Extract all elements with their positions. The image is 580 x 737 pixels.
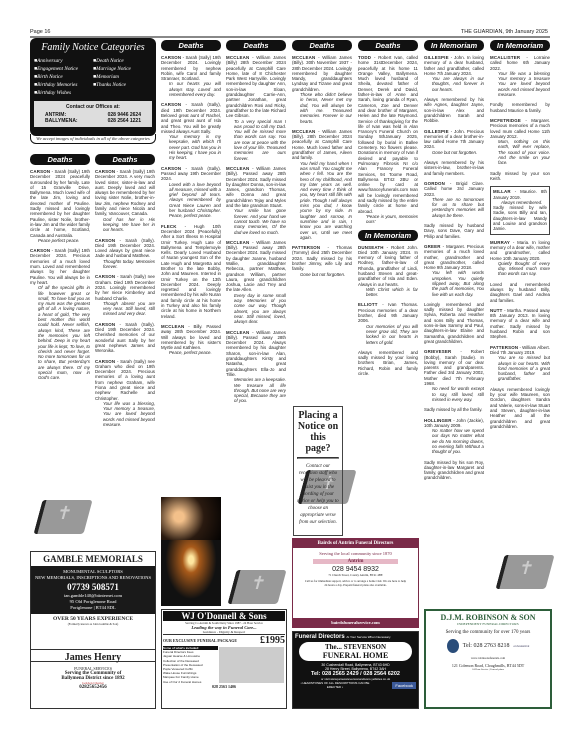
ad-body: Call us for immediate support, advice or… [293,577,418,589]
package-label: OUR EXCLUSIVE FUNERAL PACKAGE [163,638,237,643]
notice-verse: With Christ which is far better. [358,287,418,298]
notice-name: GILLESPIE [424,129,449,134]
notice: PATTERSON - Thomas (Tommy) died 25th Dec… [292,245,352,277]
notice-text: - Hugh 10th December 2024 (Peacefully) A… [161,224,221,319]
bairds-ad: Bairds of Antrim Funeral Directors Servi… [292,538,419,628]
notice-name: MCFETRIDGE [490,118,521,123]
included-list: Some of what's included:Funeral Director… [163,646,218,684]
stevenson-ad: Funeral Directors At Your Service When N… [292,631,419,709]
notice-name: CARSON [30,169,50,174]
ad-phone: 028 2563 1406 [163,684,285,689]
notice-text: - Sarah (Sally) 19th December 2024 peace… [30,169,90,238]
office-phone: 028 2564 1221 [108,118,141,124]
notice: CARSON - Sarah (Sally) 19th December 202… [161,55,221,97]
notice-verse: Though absent you are very near. Still l… [95,301,155,317]
notice: GILLESPIE - John. In loving memory of a … [424,55,484,92]
notice-name: GILLESPIE [424,55,449,60]
notice-text: Fondly remembered by husband Maurice & f… [490,102,550,112]
notice-name: CARSON [95,274,115,279]
notice-text: - Sarah (Sally). Died 19th December 2024… [95,322,155,353]
section-header: Deaths [161,40,221,51]
bible-icon [227,570,286,604]
notice-name: FLECK [161,224,177,229]
category-item: Thanks Notice [93,81,152,89]
ad-title: The... STEVENSON [300,643,411,651]
notice-text: Always remembered by his wife Agnes, dau… [424,97,484,123]
notice-name: GORDON [424,181,445,186]
notice: CARSON - Sarah (Sally), died 19th Decemb… [161,102,221,160]
notice: Loved and remembered always by husband B… [490,282,550,303]
column-2: DeathsCARSON - Sarah (Sally) 19th Decemb… [95,154,155,549]
ad-title: D.J.M. ROBINSON & SON [428,613,548,622]
bible-icon [33,500,92,534]
notice: CARSON - Sarah (Sally) 19th December 202… [95,169,155,233]
notice-verse: Your smile has gone forever. And your ha… [226,208,286,234]
notice-text: - William James (Billy). Passed away 28t… [226,166,286,208]
notice: MILLAR - Maurice. 8th January 2019.Alway… [490,186,550,234]
office-name: BALLYMENA: [45,118,78,124]
section-header: In Memoriam [358,230,418,241]
contact-title: Contact our Offices at: [37,104,149,110]
notice: CARSON - Sarah (Sally) nee Graham. Died … [95,274,155,316]
notice-verse: Your memory is my keepsake, with which I… [161,134,221,160]
notice: CARSON - Sarah (Sally) 19th December 202… [30,169,90,243]
accept-images-note: We accept images of individuals in all o… [30,134,156,144]
category-item: Birth Notice [34,73,93,81]
notice-name: HOLLINGER [424,418,452,423]
ad-title: Funeral Directors [355,541,393,546]
notice-verse: Your life was a blessing, Your memory a … [95,401,155,427]
ad-phone: 02825652456 [33,685,153,690]
page-number: Page 16 [30,29,51,35]
notice-text: - William James (Billy). 28th December 2… [292,129,352,160]
ad-topsub: At Your Service When Necessary [346,635,390,639]
ad-top: Funeral Directors [295,634,345,640]
notice-verse: Peace, perfect peace. [161,350,221,355]
notice: Always remembered lovingly by your wife … [490,387,550,429]
notice-text: Loved and remembered always by husband B… [490,282,550,303]
notice: MCCLEAN - William James (Billy). 30th No… [292,55,352,124]
notice-name: MCCLEAN [226,166,249,171]
category-item: Birthday Wishes [34,89,93,97]
category-item: Memoriam [93,73,152,81]
placing-title: Placing a Notice on this page? [297,410,339,454]
notice-verse: Gone but not forgotten. [292,272,352,277]
notice-text: - Robert John. Died 10th January 2024. I… [358,245,418,287]
ad-sub: INDEPENDENT FUNERAL DIRECTORS [428,622,548,626]
notice-verse: There are no tomorrows for us to share b… [424,197,484,218]
ad-website[interactable]: bairdsfuneralservice.com [293,618,418,627]
notice-text: - Robert Ivan, called home 31stDecember … [358,55,418,214]
notice-text: - Sarah (Sally), died 19th December 2024… [161,102,221,133]
notice-name: CARSON [95,359,115,364]
notice-text: - Martha. Passed away 8th January 2013. … [490,308,550,339]
notice-text: Sadly missed by your son Keith. [490,171,550,181]
notice-text: Sadly missed by his son Roy, daughter-in… [424,460,484,481]
notice-name: CARSON [161,55,181,60]
notice-name: MCCLEAN [292,55,315,60]
gamble-memorials-ad: GAMBLE MEMORIALS MONUMENTAL SCULPTORS NE… [30,551,156,662]
notice: MCCLEAN - William James (Billy). Passed … [226,240,286,325]
notice-text: - William James (Billy). Passed away 28t… [226,240,286,293]
robinson-ad: D.J.M. ROBINSON & SON INDEPENDENT FUNERA… [424,609,552,709]
notice: NUTT - Martha. Passed away 8th January 2… [490,308,550,340]
notice: MCCLEAN - William James (Billy). 28th De… [292,129,352,240]
notice-text: - Sarah (Sally) 19th December 2024. A ve… [95,169,155,216]
notice-name: MCALLISTER [490,55,520,60]
notice-text: - Sarah (Sally) 19th December 2024. Prec… [30,248,90,285]
notice: CARSON - Sarah (Sally). Passed away 19th… [161,166,221,219]
notice-verse: Thoughts today. Memories forever. [95,259,155,270]
notice-name: MURRAY [490,240,510,245]
category-item: Death Notice [93,57,152,65]
notice-verse: Peace perfect peace. [30,238,90,243]
notice-text: - Sarah (Sally) nee Graham who died on 1… [95,359,155,401]
notice-verse: Those who didn't believe in heros, Never… [292,92,352,124]
notice: HOLLINGER - John (Jackie), 10th January … [424,418,484,455]
ad-title: FUNERAL HOME [300,651,411,660]
notice: MCCLEAN - William James (Billy) 28th Dec… [226,55,286,161]
notice-name: TODD [358,55,371,60]
notice-verse: No need for words except to say, still l… [424,386,484,402]
notice-name: MCCLEAN [226,330,249,335]
ad-headstones: • HEADSTONES OF ALL DESCRIPTIONS CAN BE … [295,681,375,689]
notice: CARSON - Sarah (Sally). Died 19th Decemb… [95,322,155,354]
notice-name: GRIEVESER [424,349,451,354]
notice: MCALLISTER - Lorraine called home 6th Ja… [490,55,550,97]
column-8: In MemoriamMCALLISTER - Lorraine called … [490,40,550,560]
notice-name: MCCLEAN [161,324,184,329]
james-henry-ad: James Henry FUNERAL SERVICES Serving the… [30,649,156,709]
notice: Sadly missed by his son Roy, daughter-in… [424,460,484,481]
ad-footer: 24 Hour Service | Funeral plans [428,668,548,671]
notice: Sadly missed by all the family. [424,407,484,412]
notice-verse: You are so missed but always in our hear… [490,355,550,381]
notice-verse: No matter how we spend our days No matte… [424,428,484,454]
ad-address: Portglenone | BT44 8DL [34,605,152,611]
masthead: THE GUARDIAN, 9th January 2025 [461,29,548,35]
ad-serving: Serving the community for over 170 years [428,630,548,635]
notice: PATTERSON - William Albert. Died 7th Jan… [490,345,550,382]
notice-name: CARSON [95,238,115,243]
notice: Lovingly remembered and sadly missed by … [424,302,484,344]
notice-verse: Our memories of you will never grow old,… [358,324,418,345]
notice-name: CARSON [95,322,115,327]
notice: GRIEVESER - Robert (Bobby), Sarah (Sadie… [424,349,484,402]
notice-text: Always remembered lovingly by your wife … [490,387,550,429]
notice: MCCLEAN - Billy. Passed away 28th Decemb… [161,324,221,356]
ad-formerly: (Formerly known as John Gamble & Son) [31,622,155,626]
ad-phone: 028 9454 8932 [293,566,418,573]
notice: FLECK - Hugh 10th December 2024 (Peacefu… [161,224,221,319]
notice-text: - Robert (Bobby), Sarah (Sadie). In lovi… [424,349,484,386]
notice: Fondly remembered by husband Maurice & f… [490,102,550,113]
notice: TODD - Robert Ivan, called home 31stDece… [358,55,418,225]
notice-verse: Your life was a blessing Your memory a t… [490,71,550,97]
notice-text: - William James (Billy). 30th November 1… [292,55,352,92]
section-header: In Memoriam [490,40,550,51]
included-item: Use of Our 2 Funeral Homes [163,680,218,684]
notice-name: MILLAR [493,189,511,194]
notice-text: Sadly missed by husband Davy, sons Dave,… [424,223,484,239]
section-header: Deaths [226,40,286,51]
category-item: Anniversary [34,57,93,65]
ad-website[interactable]: www.robinsonsfunerals.com [428,656,548,660]
notice-verse: Mum, nothing on this earth, Will ever re… [490,139,550,165]
notice-verse: You are always in our thoughts, And fore… [424,76,484,92]
notice: Always remembered and sadly missed by yo… [358,350,418,376]
notice-text: Sadly missed by all the family. [424,407,482,412]
category-item: Birthday Memories [34,81,93,89]
section-header: Deaths [358,40,418,51]
column-6: DeathsTODD - Robert Ivan, called home 31… [358,40,418,530]
notice: MCCLEAN - William James (Billy). Passed … [226,330,286,404]
notice: GORDON - Brigid Clare. Called home 3rd J… [424,181,484,218]
notice: CARSON - Sarah (Sally) nee Graham who di… [95,359,155,428]
notice-verse: Loved with a love beyond all measure, mi… [161,182,221,219]
section-header: Deaths [30,154,90,165]
notice-verse: Gone but not forgotten. [424,150,484,155]
ad-title: Bairds of Antrim [318,541,354,546]
wj-odonnell-ad: WJ O'Donnell & Sons Serving Co Antrim & … [161,609,287,709]
notice-verse: In our hearts you will always stay. Love… [161,81,221,97]
notice: DUNSEATH - Robert John. Died 10th Januar… [358,245,418,298]
column-4: DeathsMCCLEAN - William James (Billy) 28… [226,40,286,540]
section-header: In Memoriam [424,40,484,51]
facebook-link[interactable]: Facebook [392,682,416,689]
ecclesiastical-badge: ecclesiastical [513,644,529,648]
section-header: Deaths [292,40,352,51]
placing-body: Contact our reception staff who will be … [297,463,339,526]
notice-name: CARSON [30,248,50,253]
notice-extra: Sadly missed by wife Sadie, sons Billy a… [493,205,547,231]
ad-phone: Tel: 028 2763 8218 [463,643,510,649]
notice-text: - William James (Billy). Passed away 28t… [226,330,286,377]
categories-list: AnniversaryDeath NoticeEngagement Notice… [34,57,152,97]
column-7: In MemoriamGILLESPIE - John. In loving m… [424,40,484,535]
package-price: £1995 [260,635,285,646]
notice-name: GREER [424,244,441,249]
notice-name: ELLIOTT [358,302,378,307]
notice: Always remembered by his sisters-in-law,… [424,160,484,176]
notice: Sadly missed by husband Davy, sons Dave,… [424,223,484,239]
notice-verse: Every day in some small way. Memories of… [226,293,286,325]
ad-title: GAMBLE MEMORIALS [31,552,155,566]
notice: MCCLEAN - William James (Billy). Passed … [226,166,286,235]
placing-notice-box: Placing a Notice on this page? Contact o… [293,406,343,536]
notice: CARSON - Sarah (Sally) 19th December 202… [30,248,90,380]
notice-name: CARSON [161,102,181,107]
candle-image [161,540,221,606]
notice-name: MCCLEAN [292,129,315,134]
notice: GILLESPIE - John. Precious memories of a… [424,129,484,155]
column-3: DeathsCARSON - Sarah (Sally) 19th Decemb… [161,40,221,495]
section-header: Deaths [95,154,155,165]
notice: Sadly missed by your son Keith. [490,171,550,182]
column-5: DeathsMCCLEAN - William James (Billy). 3… [292,40,352,290]
notice-name: DUNSEATH [358,245,384,250]
column-1: DeathsCARSON - Sarah (Sally) 19th Decemb… [30,154,90,549]
category-item: Marriage Notice [93,65,152,73]
notice-verse: To a very special man I was proud to cal… [226,119,286,161]
notice-verse: 'Peace is yours, memories ours' [358,214,418,225]
funeral-home-photo [219,647,284,683]
notice: GREER - Margaret. Precious memories of a… [424,244,484,297]
notice-text: Lovingly remembered and sadly missed by … [424,302,484,344]
notice-text: Always remembered by his sisters-in-law,… [424,160,484,176]
notice-name: MCCLEAN [226,55,249,60]
notice-verse: You left with words unspoken. You quietl… [424,270,484,296]
notice: CARSON - Sarah (Sally). Died 19th Decemb… [95,238,155,270]
notice-name: MCCLEAN [226,240,249,245]
notice: Always remembered by his wife Agnes, dau… [424,97,484,123]
notice-text: Always remembered and sadly missed by yo… [358,350,418,376]
notice-name: CARSON [161,166,181,171]
contact-box: Contact our Offices at: ANTRIM:028 9446 … [34,101,152,127]
notice-name: PATTERSON [292,245,320,250]
categories-title: Family Notice Categories [34,42,152,53]
family-notice-categories: Family Notice Categories AnniversaryDeat… [30,38,156,136]
notice-verse: Quietly thought of every day. Missed muc… [490,261,550,277]
notice-verse: You held my hand when I was small. You c… [292,161,352,240]
notice-verse: Memories are a keepsake. We treasure all… [226,377,286,403]
notice: MURRAY - Maria. In loving memory of a de… [490,240,550,277]
ad-branch: Antrim [313,559,398,564]
ad-title: WJ O'Donnell & Sons [163,611,285,621]
ad-phone: 07739 508571 [34,581,152,593]
notice-text: - William James (Billy) 28th December 20… [226,55,286,118]
notice: ELLIOTT - Ivan Thomas. Precious memories… [358,302,418,344]
notice-name: NUTT [490,308,503,313]
notice-name: PATTERSON [490,345,518,350]
ad-title: James Henry [33,652,153,663]
notice-verse: God has her in His keeping. We have her … [95,217,155,233]
ad-serving: Serving the local community since 1870 [293,551,418,556]
category-item: Engagement Notice [34,65,93,73]
notice-name: CARSON [95,169,115,174]
notice: MCFETRIDGE - Margaret. Precious memories… [490,118,550,166]
notice-verse: Of all the special gifts in life however… [30,285,90,380]
bible-icon [495,555,554,589]
crest-icon [447,639,459,653]
